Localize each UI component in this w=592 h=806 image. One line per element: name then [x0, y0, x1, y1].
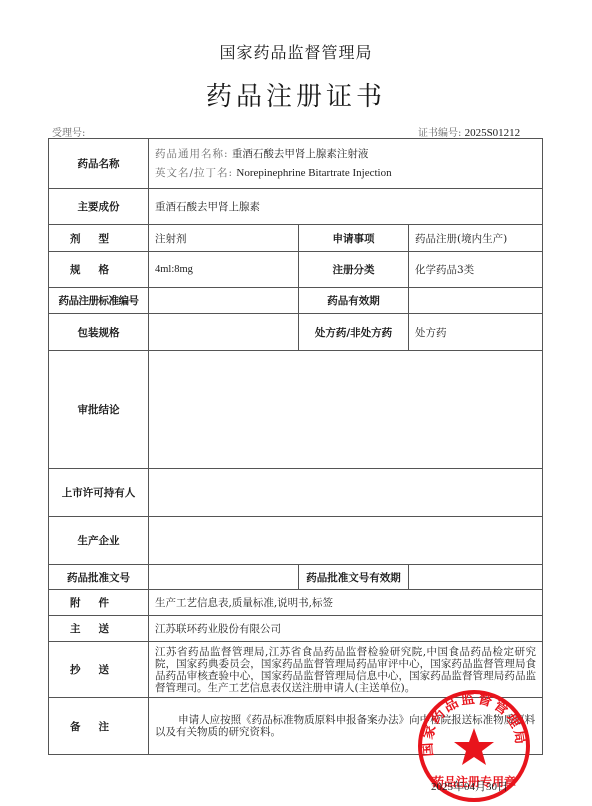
mah-label: 上市许可持有人: [49, 469, 149, 517]
application-item-value: 药品注册(境内生产): [409, 225, 543, 252]
main-ingredient-value: 重酒石酸去甲肾上腺素: [149, 189, 543, 225]
row-specification: 规格 4ml:8mg 注册分类 化学药品3类: [49, 252, 543, 288]
main-recipient-label: 主送: [49, 616, 149, 642]
approval-number-value: [149, 565, 299, 590]
issuing-agency: 国家药品监督管理局: [0, 40, 592, 63]
rx-otc-label: 处方药/非处方药: [299, 314, 409, 351]
approval-validity-value: [409, 565, 543, 590]
certificate-table: 药品名称 药品通用名称: 重酒石酸去甲肾上腺素注射液 英文名/拉丁名: Nore…: [48, 138, 543, 755]
row-dosage-form: 剂型 注射剂 申请事项 药品注册(境内生产): [49, 225, 543, 252]
packaging-label: 包装规格: [49, 314, 149, 351]
document-title: 药品注册证书: [0, 76, 592, 113]
main-ingredient-label: 主要成份: [49, 189, 149, 225]
approval-validity-label: 药品批准文号有效期: [299, 565, 409, 590]
row-cc: 抄送 江苏省药品监督管理局,江苏省食品药品监督检验研究院,中国食品药品检定研究院…: [49, 642, 543, 698]
dosage-form-label: 剂型: [49, 225, 149, 252]
cc-label: 抄送: [49, 642, 149, 698]
standard-number-label: 药品注册标准编号: [49, 288, 149, 314]
row-main-recipient: 主送 江苏联环药业股份有限公司: [49, 616, 543, 642]
approval-number-label: 药品批准文号: [49, 565, 149, 590]
specification-label: 规格: [49, 252, 149, 288]
conclusion-value: [149, 351, 543, 469]
row-manufacturer: 生产企业: [49, 517, 543, 565]
manufacturer-label: 生产企业: [49, 517, 149, 565]
standard-number-value: [149, 288, 299, 314]
generic-name-value: 重酒石酸去甲肾上腺素注射液: [232, 148, 369, 160]
remarks-value: 申请人应按照《药品标准物质原料申报备案办法》向中检院报送标准物质原料以及有关物质…: [149, 698, 543, 755]
row-attachments: 附件 生产工艺信息表,质量标准,说明书,标签: [49, 590, 543, 616]
drug-name-value: 药品通用名称: 重酒石酸去甲肾上腺素注射液 英文名/拉丁名: Norepinep…: [149, 139, 543, 189]
packaging-value: [149, 314, 299, 351]
row-packaging: 包装规格 处方药/非处方药 处方药: [49, 314, 543, 351]
attachments-value: 生产工艺信息表,质量标准,说明书,标签: [149, 590, 543, 616]
english-name-value: Norepinephrine Bitartrate Injection: [236, 167, 391, 179]
drug-name-label: 药品名称: [49, 139, 149, 189]
remarks-label: 备注: [49, 698, 149, 755]
conclusion-label: 审批结论: [49, 351, 149, 469]
issue-date: 2025年04月30日: [431, 778, 508, 794]
english-name-label: 英文名/拉丁名:: [155, 167, 233, 179]
rx-otc-value: 处方药: [409, 314, 543, 351]
row-drug-name: 药品名称 药品通用名称: 重酒石酸去甲肾上腺素注射液 英文名/拉丁名: Nore…: [49, 139, 543, 189]
row-conclusion: 审批结论: [49, 351, 543, 469]
manufacturer-value: [149, 517, 543, 565]
registration-class-label: 注册分类: [299, 252, 409, 288]
validity-value: [409, 288, 543, 314]
attachments-label: 附件: [49, 590, 149, 616]
specification-value: 4ml:8mg: [149, 252, 299, 288]
row-approval-number: 药品批准文号 药品批准文号有效期: [49, 565, 543, 590]
dosage-form-value: 注射剂: [149, 225, 299, 252]
generic-name-label: 药品通用名称:: [155, 148, 229, 160]
certificate-number: 证书编号: 2025S01212: [418, 124, 520, 139]
validity-label: 药品有效期: [299, 288, 409, 314]
row-standard-number: 药品注册标准编号 药品有效期: [49, 288, 543, 314]
mah-value: [149, 469, 543, 517]
application-item-label: 申请事项: [299, 225, 409, 252]
cc-value: 江苏省药品监督管理局,江苏省食品药品监督检验研究院,中国食品药品检定研究院，国家…: [149, 642, 543, 698]
acceptance-number: 受理号:: [52, 124, 85, 139]
registration-class-value: 化学药品3类: [409, 252, 543, 288]
row-remarks: 备注 申请人应按照《药品标准物质原料申报备案办法》向中检院报送标准物质原料以及有…: [49, 698, 543, 755]
main-recipient-value: 江苏联环药业股份有限公司: [149, 616, 543, 642]
row-main-ingredient: 主要成份 重酒石酸去甲肾上腺素: [49, 189, 543, 225]
row-mah: 上市许可持有人: [49, 469, 543, 517]
